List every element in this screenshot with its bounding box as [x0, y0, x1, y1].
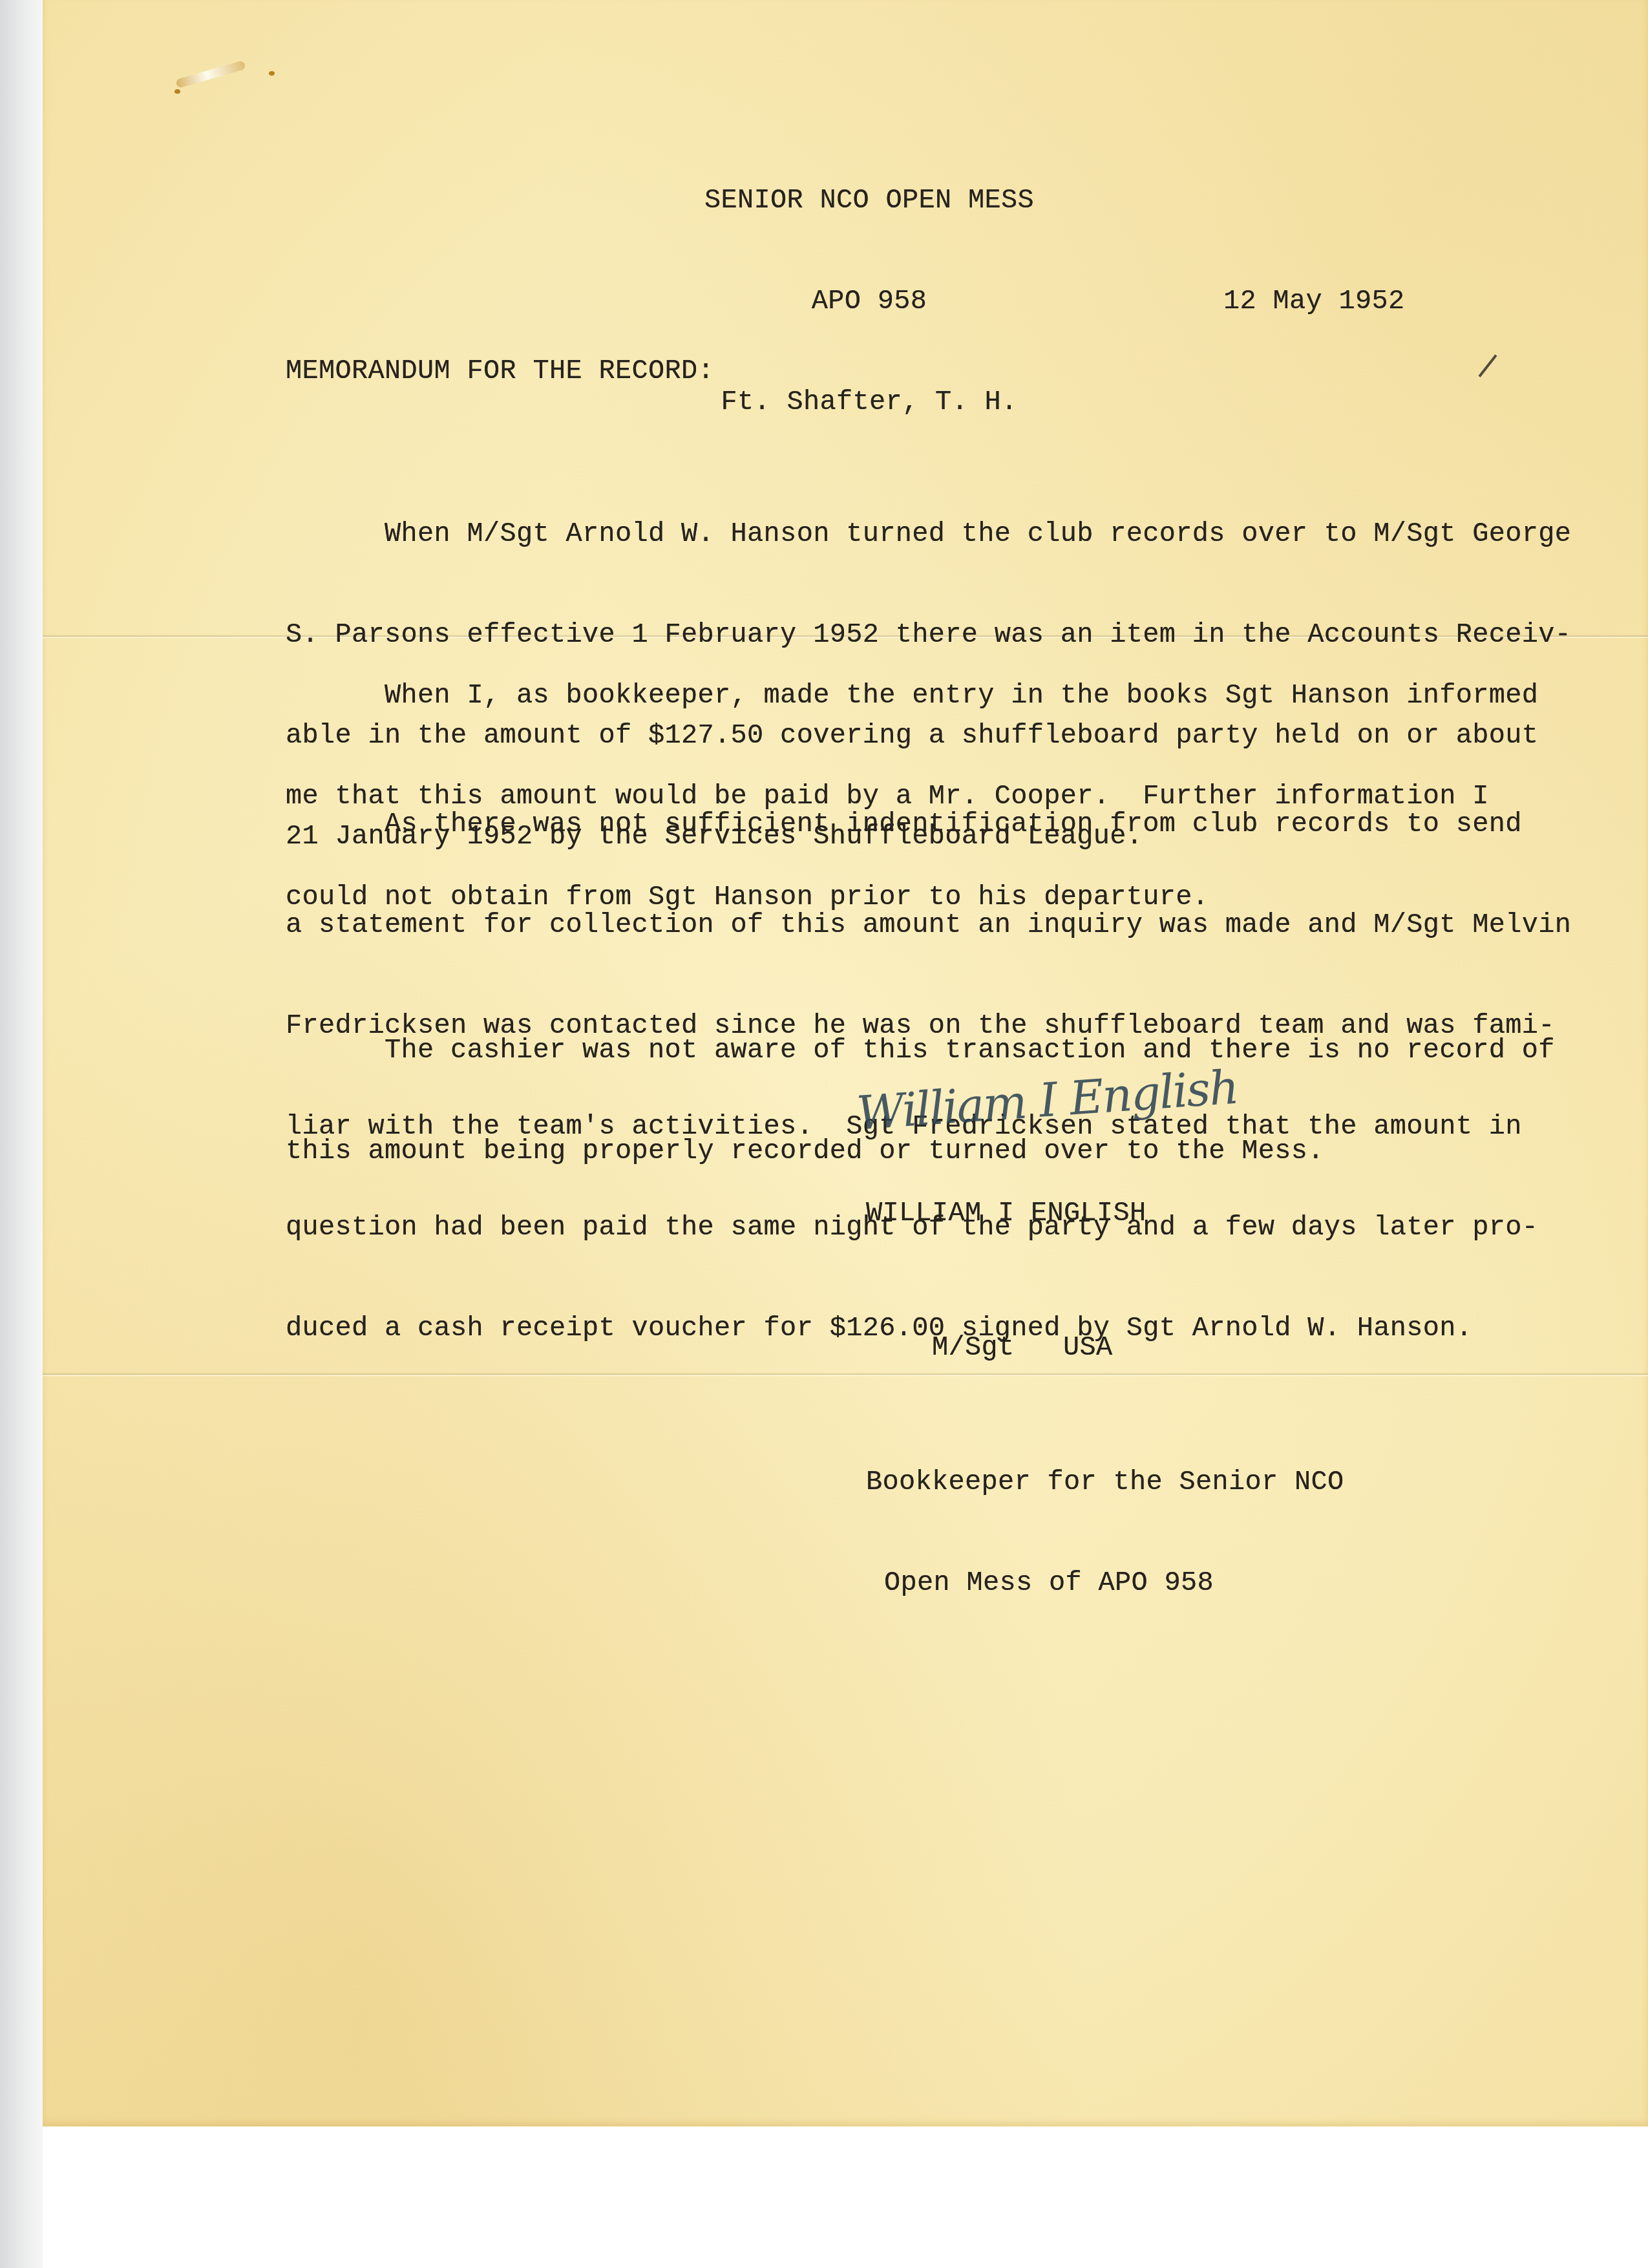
- memo-date: 12 May 1952: [1223, 284, 1405, 318]
- paragraph-line: a statement for collection of this amoun…: [286, 908, 1571, 942]
- rust-spot-icon: [174, 89, 180, 94]
- paragraph-line: As there was not sufficient indentificat…: [286, 807, 1571, 841]
- paragraph-line: The cashier was not aware of this transa…: [286, 1033, 1555, 1067]
- signer-service: USA: [1063, 1331, 1113, 1364]
- signer-name: WILLIAM I ENGLISH: [866, 1196, 1344, 1230]
- staple-mark-icon: [175, 60, 246, 89]
- signer-rank-line: M/SgtUSA: [866, 1297, 1344, 1398]
- signer-rank: M/Sgt: [932, 1332, 1015, 1363]
- signer-title-1: Bookkeeper for the Senior NCO: [866, 1465, 1344, 1499]
- letterhead-location: Ft. Shafter, T. H.: [45, 385, 1648, 419]
- letterhead-org: SENIOR NCO OPEN MESS: [45, 184, 1648, 217]
- signer-title-2: Open Mess of APO 958: [866, 1566, 1344, 1600]
- signature-block: WILLIAM I ENGLISH M/SgtUSA Bookkeeper fo…: [866, 1129, 1344, 1633]
- paragraph-line: When I, as bookkeeper, made the entry in…: [286, 679, 1538, 712]
- letterhead-apo: APO 958: [45, 284, 1648, 318]
- rust-spot-icon: [269, 71, 275, 76]
- memo-heading: MEMORANDUM FOR THE RECORD:: [286, 354, 714, 388]
- paragraph-line: When M/Sgt Arnold W. Hanson turned the c…: [286, 517, 1571, 551]
